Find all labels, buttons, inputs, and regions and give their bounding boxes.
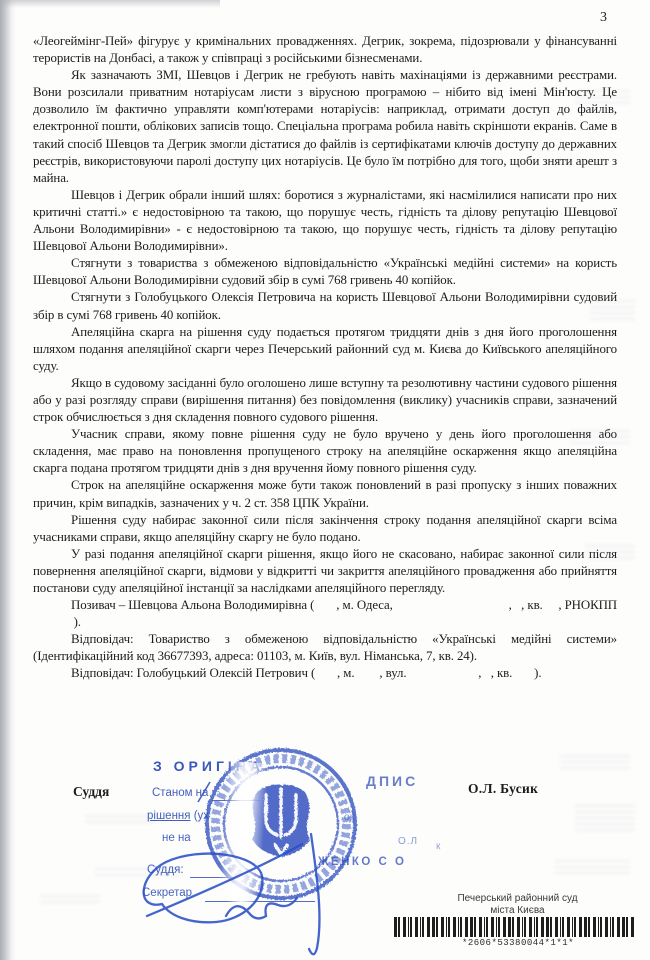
page-number: 3 bbox=[600, 10, 607, 26]
document-body: «Леогеймінг-Пей» фігурує у кримінальних … bbox=[33, 33, 617, 683]
paragraph: Шевцов і Дегрик обрали інший шлях: борот… bbox=[33, 187, 617, 255]
bleed-through-artifact bbox=[575, 90, 630, 104]
paragraph: «Леогеймінг-Пей» фігурує у кримінальних … bbox=[33, 33, 617, 67]
handwritten-signature bbox=[130, 818, 360, 960]
paragraph: Позивач – Шевцова Альона Володимирівна (… bbox=[33, 597, 617, 631]
judge-name: О.Л. Бусик bbox=[468, 781, 538, 797]
paragraph: Відповідач: Товариство з обмеженою відпо… bbox=[33, 631, 617, 665]
paragraph: Стягнути з товариства з обмеженою відпов… bbox=[33, 255, 617, 289]
bleed-through-artifact bbox=[575, 805, 635, 835]
paragraph: Строк на апеляційне оскарження може бути… bbox=[33, 477, 617, 511]
scan-edge-shadow bbox=[0, 0, 16, 960]
paragraph: Якщо в судовому засіданні було оголошено… bbox=[33, 375, 617, 426]
bleed-through-artifact bbox=[40, 895, 100, 903]
bleed-through-artifact bbox=[585, 545, 635, 559]
paragraph: Апеляційна скарга на рішення суду подаєт… bbox=[33, 324, 617, 375]
court-name-line1: Печерський районний суд bbox=[395, 893, 640, 905]
paragraph: Учасник справи, якому повне рішення суду… bbox=[33, 426, 617, 477]
bleed-through-artifact bbox=[570, 430, 630, 446]
paragraph: У разі подання апеляційної скарги рішенн… bbox=[33, 546, 617, 597]
barcode-digits: *2606*53380044*1*1* bbox=[394, 938, 642, 948]
paragraph: Стягнути з Голобуцького Олексія Петрович… bbox=[33, 289, 617, 323]
scanned-court-document-page: 3 «Леогеймінг-Пей» фігурує у кримінальни… bbox=[0, 0, 650, 960]
court-name-line2: міста Києва bbox=[395, 905, 640, 917]
paragraph: Відповідач: Голобуцький Олексій Петрович… bbox=[33, 665, 617, 682]
judge-label: Суддя bbox=[73, 784, 109, 800]
bleed-through-artifact bbox=[560, 755, 630, 773]
paragraph: Рішення суду набирає законної сили після… bbox=[33, 512, 617, 546]
bleed-through-artifact bbox=[555, 860, 630, 874]
bleed-through-artifact bbox=[590, 300, 635, 320]
paragraph: Як зазначають ЗМІ, Шевцов і Дегрик не гр… bbox=[33, 67, 617, 187]
court-name-label: Печерський районний суд міста Києва bbox=[395, 893, 640, 917]
scan-edge-shadow-top bbox=[0, 0, 220, 8]
